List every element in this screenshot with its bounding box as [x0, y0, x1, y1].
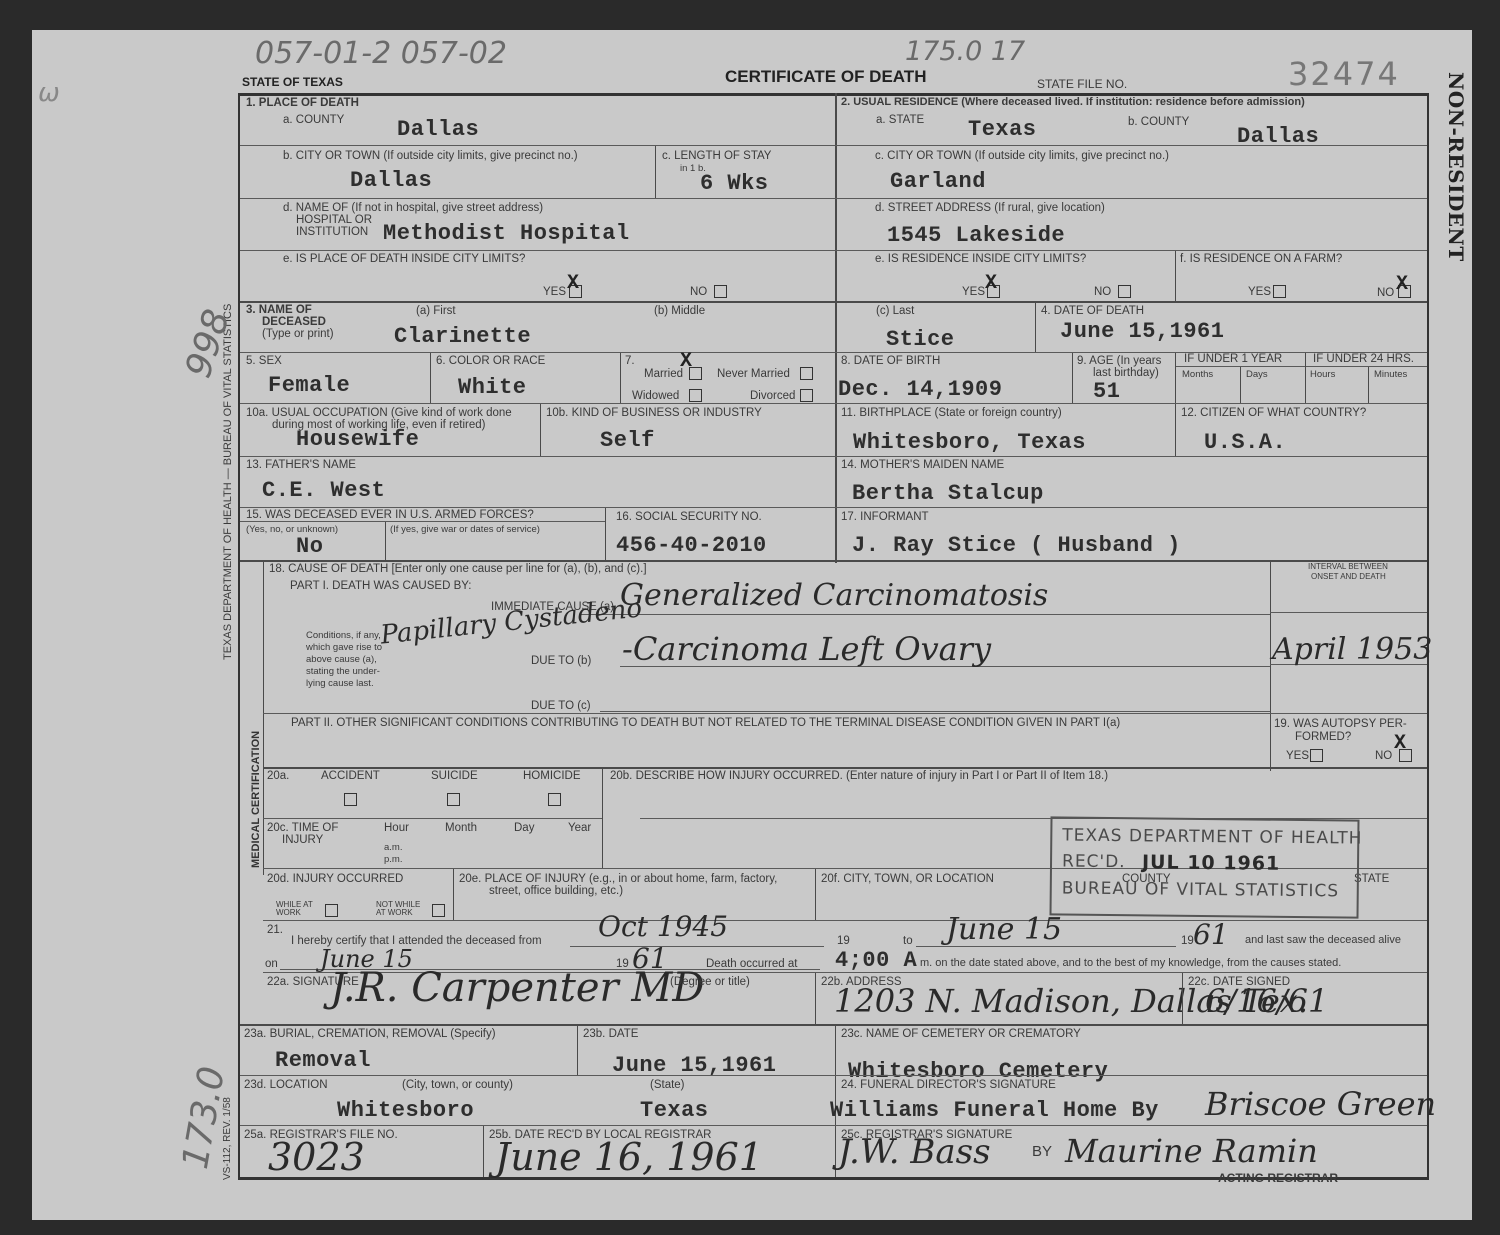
- disposition-method-label: 23a. BURIAL, CREMATION, REMOVAL (Specify…: [244, 1028, 496, 1040]
- race-label: 6. COLOR OR RACE: [436, 355, 545, 367]
- widowed-checkbox[interactable]: [689, 389, 702, 402]
- attended-from-value: Oct 1945: [598, 910, 728, 943]
- farm-no-label: NO: [1377, 287, 1394, 299]
- conditions-label-4: lying cause last.: [306, 679, 374, 689]
- divorced-label: Divorced: [750, 390, 795, 402]
- pod-inside-yes-x: X: [567, 272, 579, 295]
- from-year-prefix: 19: [837, 935, 850, 947]
- farm-label: f. IS RESIDENCE ON A FARM?: [1180, 253, 1342, 265]
- divorced-checkbox[interactable]: [800, 389, 813, 402]
- dob-label: 8. DATE OF BIRTH: [841, 355, 940, 367]
- marital-label: 7.: [625, 355, 635, 367]
- location-state-sublabel: (State): [650, 1079, 685, 1091]
- pod-no-label: NO: [690, 286, 707, 298]
- birthplace-label: 11. BIRTHPLACE (State or foreign country…: [841, 407, 1062, 419]
- part1-label: PART I. DEATH WAS CAUSED BY:: [290, 580, 471, 592]
- pencil-codes-mid: 175.0 17: [905, 36, 1025, 67]
- pod-county-label: a. COUNTY: [283, 114, 344, 126]
- due-to-b-label: DUE TO (b): [531, 655, 591, 667]
- pencil-file-codes: 057-01-2 057-02: [255, 36, 507, 71]
- stamp-line-2a: REC'D.: [1062, 852, 1126, 873]
- occupation-value: Housewife: [296, 427, 419, 452]
- pod-inside-no-checkbox[interactable]: [714, 285, 727, 298]
- res-state-label: a. STATE: [876, 114, 924, 126]
- stay-value: 6 Wks: [700, 171, 769, 196]
- married-label: Married: [644, 368, 683, 380]
- autopsy-label-2: FORMED?: [1295, 731, 1351, 743]
- attended-to-value: June 15: [946, 912, 1062, 947]
- never-married-label: Never Married: [717, 368, 790, 380]
- occupation-label-1: 10a. USUAL OCCUPATION (Give kind of work…: [246, 407, 512, 419]
- describe-injury-label: 20b. DESCRIBE HOW INJURY OCCURRED. (Ente…: [610, 770, 1108, 782]
- mother-label: 14. MOTHER'S MAIDEN NAME: [841, 459, 1004, 471]
- to-year-value: 61: [1193, 918, 1229, 951]
- autopsy-no-x: X: [1394, 732, 1406, 755]
- armed-forces-label: 15. WAS DECEASED EVER IN U.S. ARMED FORC…: [246, 509, 534, 521]
- homicide-checkbox[interactable]: [548, 793, 561, 806]
- stamp-line-3: BUREAU OF VITAL STATISTICS: [1062, 879, 1340, 902]
- dod-label: 4. DATE OF DEATH: [1041, 305, 1144, 317]
- due-to-c-label: DUE TO (c): [531, 700, 591, 712]
- pm-label: p.m.: [384, 855, 402, 865]
- pod-yes-label: YES: [543, 286, 566, 298]
- conditions-label-1: which gave rise to: [306, 643, 382, 653]
- res-city-value: Garland: [890, 169, 986, 194]
- interval-value: April 1953: [1272, 632, 1432, 667]
- under-24hrs-label: IF UNDER 24 HRS.: [1313, 353, 1414, 365]
- registrar-signature: J.W. Bass: [838, 1132, 991, 1172]
- funeral-director-signature: Briscoe Green: [1205, 1085, 1436, 1123]
- accident-checkbox[interactable]: [344, 793, 357, 806]
- registrar-file-value: 3023: [268, 1135, 365, 1179]
- interval-label-2: ONSET AND DEATH: [1311, 573, 1386, 581]
- document-title: CERTIFICATE OF DEATH: [725, 68, 926, 86]
- race-value: White: [458, 375, 527, 400]
- registrar-by: BY: [1032, 1144, 1052, 1160]
- physician-signature: J.R. Carpenter MD: [330, 965, 704, 1011]
- pod-county-value: Dallas: [397, 117, 479, 142]
- year-label: Year: [568, 822, 591, 834]
- disposition-date-label: 23b. DATE: [583, 1028, 638, 1040]
- pod-city-label: b. CITY OR TOWN (If outside city limits,…: [283, 150, 578, 162]
- never-married-checkbox[interactable]: [800, 367, 813, 380]
- suicide-checkbox[interactable]: [447, 793, 460, 806]
- sex-value: Female: [268, 373, 350, 398]
- corner-mark: ω: [38, 78, 60, 108]
- res-yes-label: YES: [962, 286, 985, 298]
- non-resident-mark: NON-RESIDENT: [1444, 72, 1468, 262]
- under-1yr-label: IF UNDER 1 YEAR: [1184, 353, 1282, 365]
- res-inside-limits-label: e. IS RESIDENCE INSIDE CITY LIMITS?: [875, 253, 1086, 265]
- acting-registrar-label: ACTING REGISTRAR: [1218, 1172, 1338, 1185]
- armed-sub-1: (Yes, no, or unknown): [246, 525, 338, 535]
- res-city-label: c. CITY OR TOWN (If outside city limits,…: [875, 150, 1169, 162]
- farm-yes-checkbox[interactable]: [1273, 285, 1286, 298]
- hour-label: Hour: [384, 822, 409, 834]
- farm-yes-label: YES: [1248, 286, 1271, 298]
- citizen-label: 12. CITIZEN OF WHAT COUNTRY?: [1181, 407, 1366, 419]
- to-label: to: [903, 935, 913, 947]
- day-label: Day: [514, 822, 534, 834]
- month-label: Month: [445, 822, 477, 834]
- autopsy-label-1: 19. WAS AUTOPSY PER-: [1274, 718, 1407, 730]
- pod-city-value: Dallas: [350, 168, 432, 193]
- conditions-label-2: above cause (a),: [306, 655, 377, 665]
- part2-label: PART II. OTHER SIGNIFICANT CONDITIONS CO…: [291, 717, 1120, 729]
- cert-text-2: and last saw the deceased alive: [1245, 935, 1401, 947]
- while-at-work-checkbox[interactable]: [325, 904, 338, 917]
- cemetery-label: 23c. NAME OF CEMETERY OR CREMATORY: [841, 1028, 1081, 1040]
- certificate-paper: [32, 30, 1472, 1220]
- name-label-2: DECEASED: [262, 316, 326, 328]
- age-value: 51: [1093, 379, 1120, 404]
- due-to-b-value: -Carcinoma Left Ovary: [622, 630, 991, 668]
- location-label: 23d. LOCATION: [244, 1079, 328, 1091]
- stamp-line-1: TEXAS DEPARTMENT OF HEALTH: [1062, 826, 1362, 849]
- res-street-label: d. STREET ADDRESS (If rural, give locati…: [875, 202, 1105, 214]
- pod-inside-limits-label: e. IS PLACE OF DEATH INSIDE CITY LIMITS?: [283, 253, 525, 265]
- res-inside-no-checkbox[interactable]: [1118, 285, 1131, 298]
- on-label: on: [265, 958, 278, 970]
- interval-label-1: INTERVAL BETWEEN: [1308, 563, 1388, 571]
- last-name-value: Stice: [886, 327, 955, 352]
- months-label: Months: [1182, 370, 1213, 380]
- suicide-label: SUICIDE: [431, 770, 478, 782]
- industry-value: Self: [600, 428, 655, 453]
- hospital-value: Methodist Hospital: [383, 221, 630, 246]
- location-city-value: Whitesboro: [337, 1098, 474, 1123]
- autopsy-yes-checkbox[interactable]: [1310, 749, 1323, 762]
- last-name-label: (c) Last: [876, 305, 914, 317]
- injury-type-label: 20a.: [267, 770, 289, 782]
- married-x: X: [680, 350, 692, 373]
- days-label: Days: [1246, 370, 1268, 380]
- cause-label: 18. CAUSE OF DEATH [Enter only one cause…: [269, 563, 647, 575]
- usual-residence-label: 2. USUAL RESIDENCE (Where deceased lived…: [841, 97, 1305, 109]
- autopsy-yes-label: YES: [1286, 750, 1309, 762]
- funeral-home-value: Williams Funeral Home By: [830, 1098, 1159, 1123]
- hours-label: Hours: [1310, 370, 1335, 380]
- industry-label: 10b. KIND OF BUSINESS OR INDUSTRY: [546, 407, 762, 419]
- first-name-value: Clarinette: [394, 324, 531, 349]
- death-occurred-label: Death occurred at: [706, 958, 797, 970]
- birthplace-value: Whitesboro, Texas: [853, 430, 1086, 455]
- age-label-2: last birthday): [1093, 367, 1159, 379]
- father-value: C.E. West: [262, 478, 385, 503]
- am-label: a.m.: [384, 843, 402, 853]
- immediate-cause-value: Generalized Carcinomatosis: [620, 578, 1048, 613]
- place-of-injury-label-1: 20e. PLACE OF INJURY (e.g., in or about …: [459, 873, 777, 885]
- armed-sub-2: (If yes, give war or dates of service): [390, 525, 540, 535]
- hospital-label-1: d. NAME OF (If not in hospital, give str…: [283, 202, 543, 214]
- res-inside-yes-x: X: [985, 272, 997, 295]
- hospital-label-2: HOSPITAL OR: [296, 214, 372, 226]
- res-street-value: 1545 Lakeside: [887, 223, 1065, 248]
- date-signed-value: 6/16/61: [1205, 982, 1328, 1020]
- hospital-label-3: INSTITUTION: [296, 226, 368, 238]
- res-no-label: NO: [1094, 286, 1111, 298]
- received-stamp: TEXAS DEPARTMENT OF HEALTH REC'D. JUL 10…: [1049, 816, 1359, 918]
- farm-no-x: X: [1396, 273, 1408, 296]
- stamp-date: JUL 10 1961: [1142, 851, 1280, 874]
- location-city-sublabel: (City, town, or county): [402, 1079, 513, 1091]
- dob-value: Dec. 14,1909: [838, 377, 1002, 402]
- informant-value: J. Ray Stice ( Husband ): [852, 533, 1181, 558]
- conditions-label-0: Conditions, if any,: [306, 631, 381, 641]
- informant-label: 17. INFORMANT: [841, 511, 929, 523]
- first-name-label: (a) First: [416, 305, 456, 317]
- armed-forces-value: No: [296, 534, 323, 559]
- father-label: 13. FATHER'S NAME: [246, 459, 356, 471]
- autopsy-no-label: NO: [1375, 750, 1392, 762]
- funeral-director-label: 24. FUNERAL DIRECTOR'S SIGNATURE: [841, 1079, 1056, 1091]
- stay-label: c. LENGTH OF STAY: [662, 150, 771, 162]
- state-file-number: 32474: [1288, 55, 1400, 93]
- not-while-at-work-label: NOT WHILE AT WORK: [376, 901, 431, 918]
- minutes-label: Minutes: [1374, 370, 1407, 380]
- homicide-label: HOMICIDE: [523, 770, 581, 782]
- name-label-1: 3. NAME OF: [246, 304, 312, 316]
- disposition-method-value: Removal: [275, 1048, 371, 1073]
- citizen-value: U.S.A.: [1204, 430, 1286, 455]
- conditions-label-3: stating the under-: [306, 667, 380, 677]
- place-of-injury-label-2: street, office building, etc.): [489, 885, 623, 897]
- medical-cert-vertical-label: MEDICAL CERTIFICATION: [250, 731, 262, 868]
- widowed-label: Widowed: [632, 390, 679, 402]
- to-year-prefix: 19: [1181, 935, 1194, 947]
- ssn-value: 456-40-2010: [616, 533, 767, 558]
- res-state-value: Texas: [968, 117, 1037, 142]
- mother-value: Bertha Stalcup: [852, 481, 1044, 506]
- sex-label: 5. SEX: [246, 355, 282, 367]
- while-at-work-label: WHILE AT WORK: [276, 901, 324, 918]
- degree-label: (Degree or title): [670, 976, 750, 988]
- middle-name-label: (b) Middle: [654, 305, 705, 317]
- dod-value: June 15,1961: [1060, 319, 1224, 344]
- injury-city-label: 20f. CITY, TOWN, OR LOCATION: [821, 873, 994, 885]
- location-state-value: Texas: [640, 1098, 709, 1123]
- death-time-value: 4;00 A: [835, 948, 917, 973]
- time-of-injury-label-2: INJURY: [282, 834, 323, 846]
- cert-number: 21.: [267, 924, 283, 936]
- age-label-1: 9. AGE (In years: [1077, 355, 1161, 367]
- registrar-date-value: June 16, 1961: [495, 1135, 763, 1179]
- time-of-injury-label-1: 20c. TIME OF: [267, 822, 338, 834]
- state-file-label: STATE FILE NO.: [1037, 78, 1127, 91]
- name-label-3: (Type or print): [262, 328, 334, 340]
- res-county-label: b. COUNTY: [1128, 116, 1189, 128]
- accident-label: ACCIDENT: [321, 770, 380, 782]
- injury-occurred-label: 20d. INJURY OCCURRED: [267, 873, 403, 885]
- ssn-label: 16. SOCIAL SECURITY NO.: [616, 511, 762, 523]
- cert-text-3: m. on the date stated above, and to the …: [920, 958, 1341, 970]
- acting-registrar-signature: Maurine Ramin: [1065, 1132, 1318, 1170]
- injury-state-label: STATE: [1354, 873, 1389, 885]
- not-while-at-work-checkbox[interactable]: [432, 904, 445, 917]
- state-of-texas: STATE OF TEXAS: [242, 76, 343, 89]
- place-of-death-label: 1. PLACE OF DEATH: [246, 97, 359, 109]
